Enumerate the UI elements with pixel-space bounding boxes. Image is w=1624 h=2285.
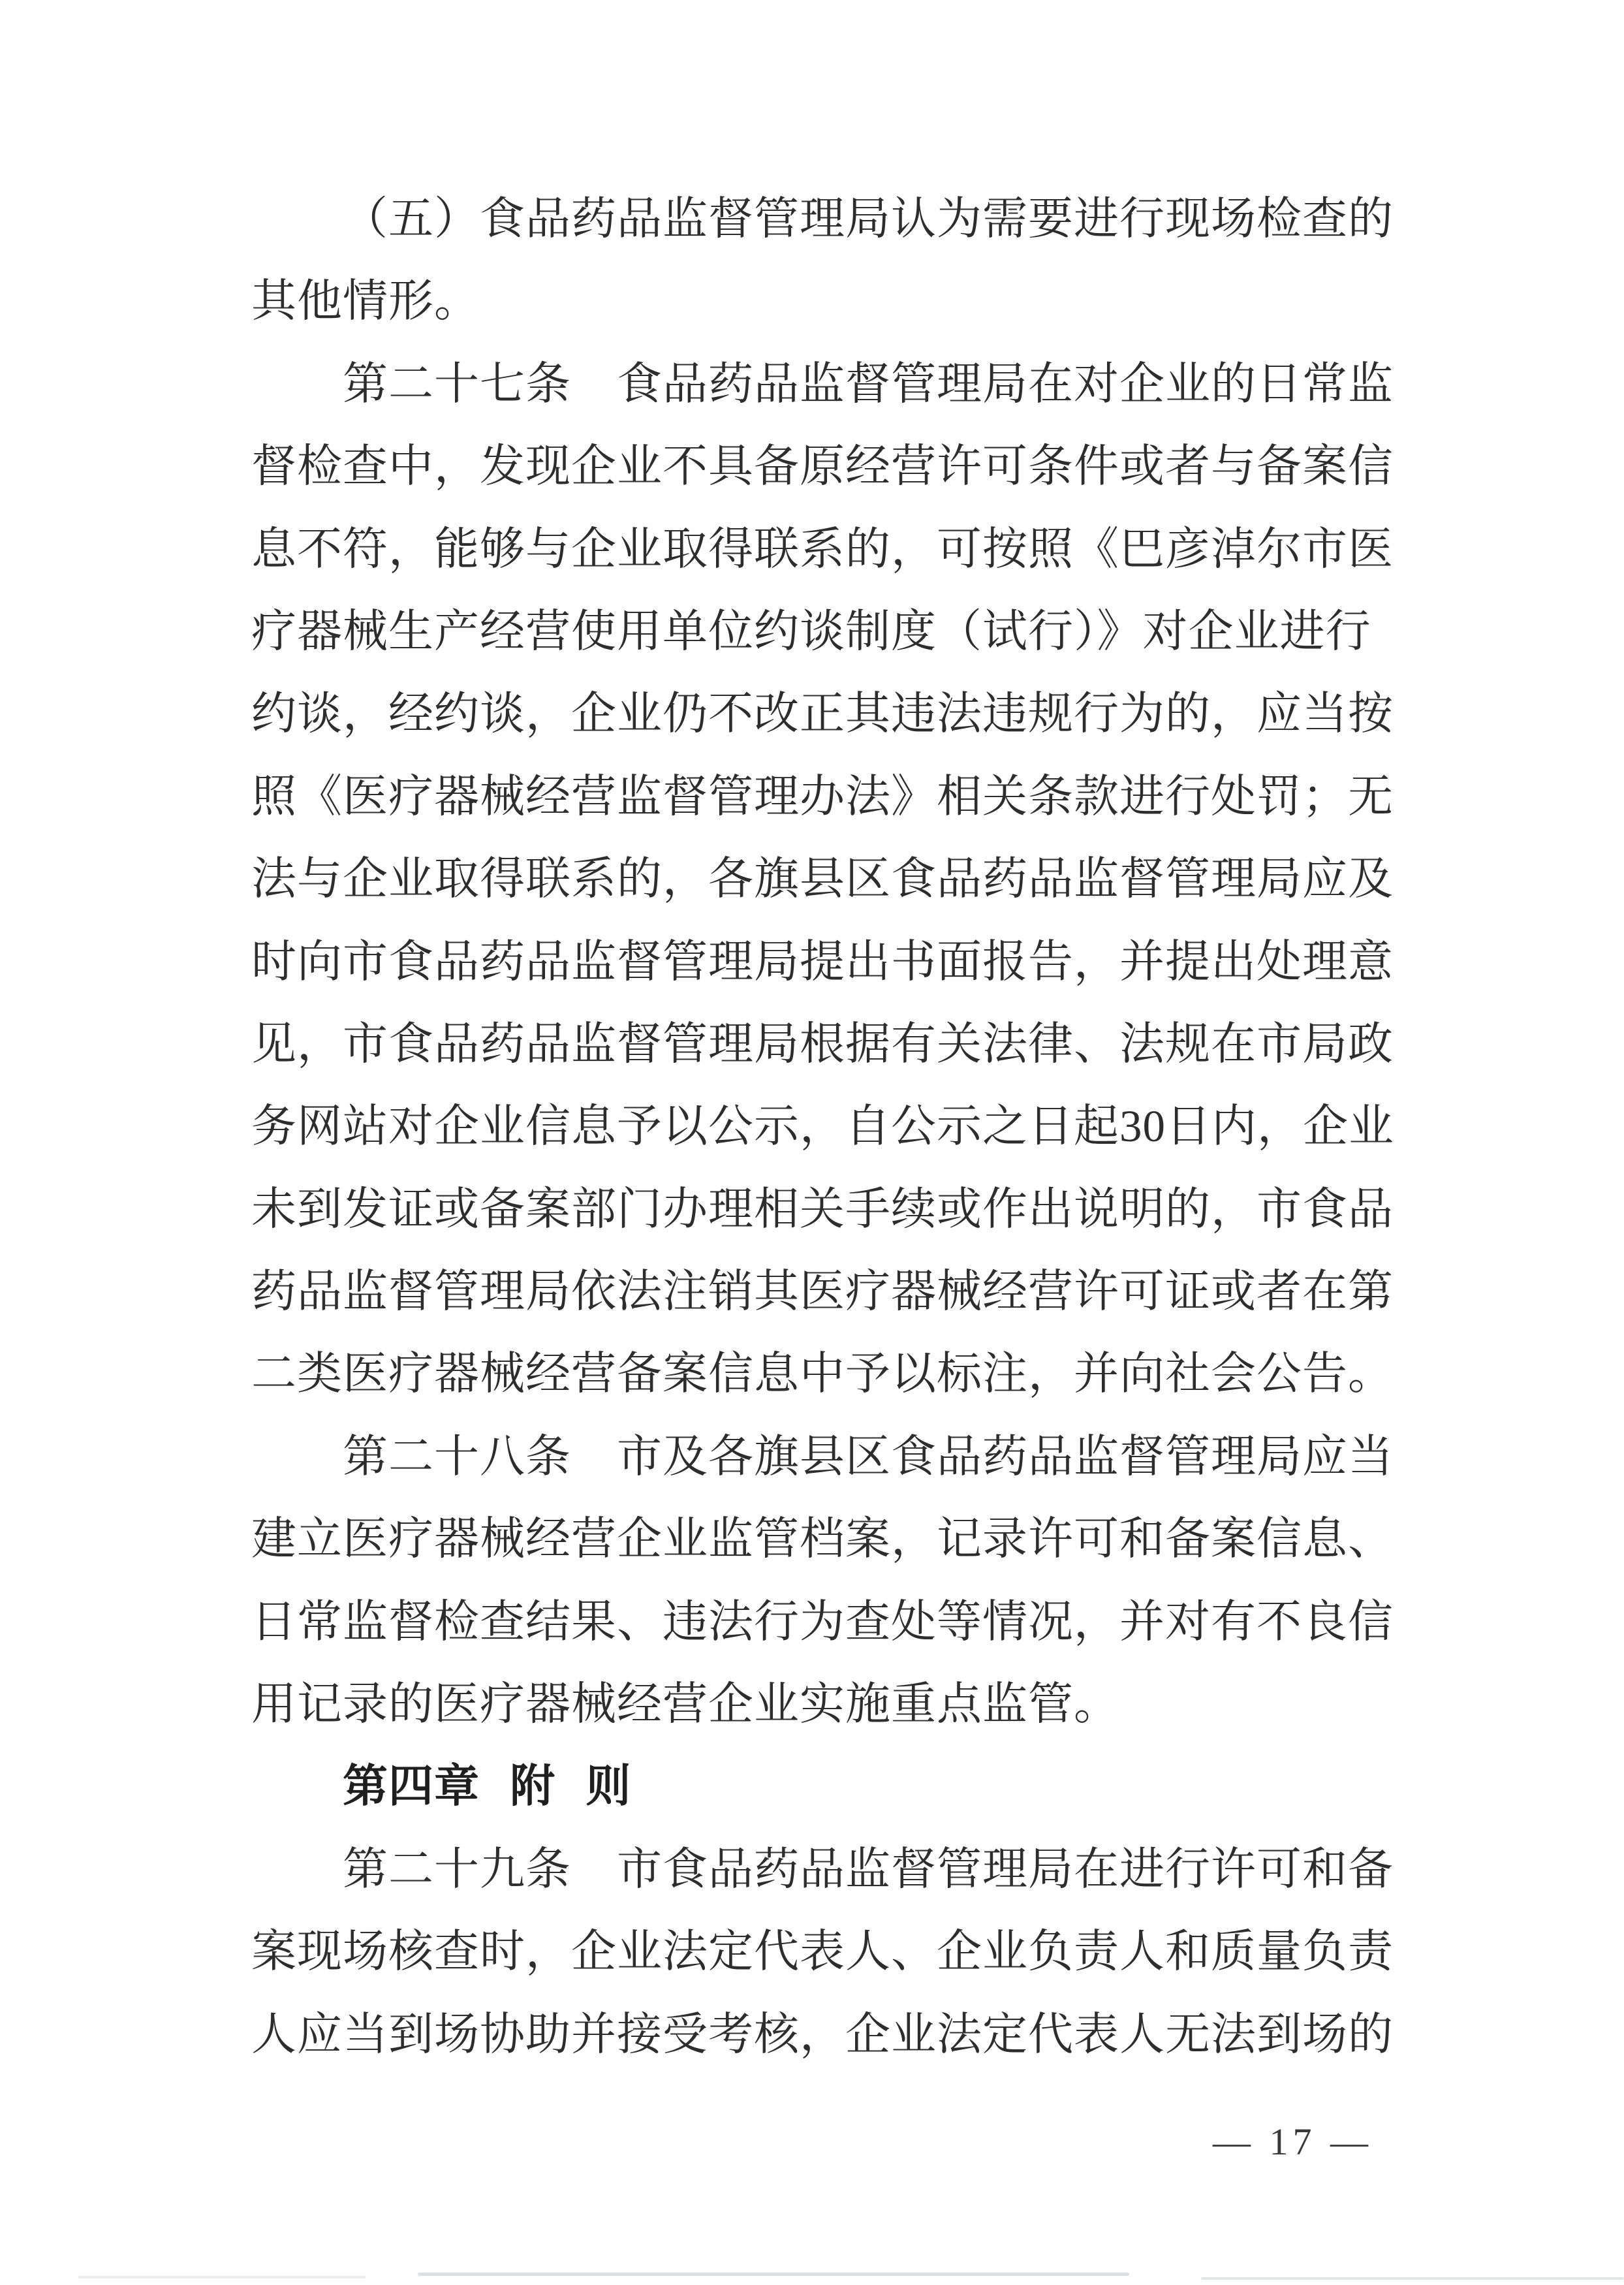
text-line: 二类医疗器械经营备案信息中予以标注，并向社会公告。 (251, 1332, 1400, 1415)
text-line: 见，市食品药品监督管理局根据有关法律、法规在市局政 (251, 1003, 1400, 1085)
text-line: 法与企业取得联系的，各旗县区食品药品监督管理局应及 (251, 838, 1400, 920)
text-line: 疗器械生产经营使用单位约谈制度（试行）》对企业进行 (251, 590, 1400, 672)
page-number: — 17 — (1213, 2119, 1373, 2165)
text-line: 息不符，能够与企业取得联系的，可按照《巴彦淖尔市医 (251, 508, 1400, 590)
text-line: 约谈，经约谈，企业仍不改正其违法违规行为的，应当按 (251, 672, 1400, 755)
text-line: 第二十七条 食品药品监督管理局在对企业的日常监 (251, 343, 1400, 425)
text-line: 时向市食品药品监督管理局提出书面报告，并提出处理意 (251, 921, 1400, 1003)
text-line: 务网站对企业信息予以公示，自公示之日起30日内，企业 (251, 1085, 1400, 1167)
text-line: （五）食品药品监督管理局认为需要进行现场检查的 (251, 178, 1400, 260)
scan-shadow-segment (418, 2273, 1129, 2276)
text-line: 照《医疗器械经营监督管理办法》相关条款进行处罚；无 (251, 755, 1400, 838)
text-line: 药品监督管理局依法注销其医疗器械经营许可证或者在第 (251, 1250, 1400, 1332)
text-line: 督检查中，发现企业不具备原经营许可条件或者与备案信 (251, 425, 1400, 507)
text-line: 第二十九条 市食品药品监督管理局在进行许可和备 (251, 1828, 1400, 1910)
text-line: 其他情形。 (251, 260, 1400, 342)
text-line: 案现场核查时，企业法定代表人、企业负责人和质量负责 (251, 1910, 1400, 1993)
document-body: （五）食品药品监督管理局认为需要进行现场检查的其他情形。第二十七条 食品药品监督… (251, 178, 1400, 2075)
chapter-heading: 第四章 附 则 (251, 1745, 1400, 1827)
scan-shadow-segment (1201, 2277, 1624, 2280)
text-line: 未到发证或备案部门办理相关手续或作出说明的，市食品 (251, 1168, 1400, 1250)
text-line: 用记录的医疗器械经营企业实施重点监管。 (251, 1663, 1400, 1745)
text-line: 第二十八条 市及各旗县区食品药品监督管理局应当 (251, 1415, 1400, 1498)
document-page: （五）食品药品监督管理局认为需要进行现场检查的其他情形。第二十七条 食品药品监督… (0, 0, 1624, 2285)
text-line: 人应当到场协助并接受考核，企业法定代表人无法到场的 (251, 1993, 1400, 2075)
text-line: 建立医疗器械经营企业监管档案，记录许可和备案信息、 (251, 1498, 1400, 1580)
text-line: 日常监督检查结果、违法行为查处等情况，并对有不良信 (251, 1581, 1400, 1663)
scan-shadow-segment (78, 2276, 366, 2278)
